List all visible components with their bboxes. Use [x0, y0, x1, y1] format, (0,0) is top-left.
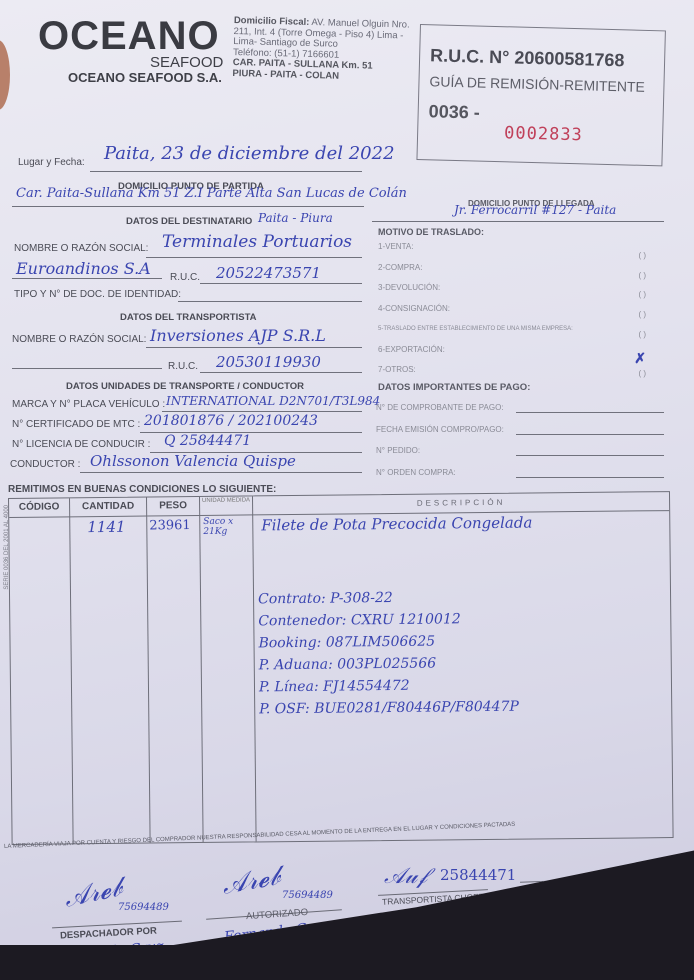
llegada-value[interactable]: Jr. Ferrocarril #127 - Paita	[454, 203, 616, 217]
pago-field-label: N° DE COMPROBANTE DE PAGO:	[376, 403, 504, 412]
mtc-label: N° CERTIFICADO DE MTC :	[12, 419, 140, 430]
lugar-fecha-line	[90, 171, 362, 172]
col-divider	[252, 514, 256, 841]
unidad-section-title: DATOS UNIDADES DE TRANSPORTE / CONDUCTOR	[66, 381, 304, 392]
motivo-option[interactable]: 5-TRASLADO ENTRE ESTABLECIMIENTO DE UNA …	[378, 319, 668, 340]
autorizado-label: AUTORIZADO	[246, 907, 309, 922]
description-notes: Contrato: P-308-22Contenedor: CXRU 12100…	[258, 584, 669, 720]
destinatario-razon-value-2[interactable]: Euroandinos S.A	[16, 259, 151, 278]
checkbox[interactable]: ( )	[638, 369, 646, 378]
transportista-razon-value[interactable]: Inversiones AJP S.R.L	[150, 326, 326, 345]
transportista-num: 25844471	[440, 866, 516, 884]
destinatario-razon-value-1[interactable]: Terminales Portuarios	[162, 232, 352, 252]
table-row[interactable]: 1141 23961 Saco x 21Kg Filete de Pota Pr…	[9, 512, 669, 549]
licencia-label: N° LICENCIA DE CONDUCIR :	[12, 439, 150, 450]
document-number: 0002833	[504, 123, 583, 145]
transportista-ruc-label: R.U.C.	[168, 361, 198, 372]
pago-fields: N° DE COMPROBANTE DE PAGO:FECHA EMISIÓN …	[376, 400, 666, 486]
destinatario-ruc-label: R.U.C.	[170, 272, 200, 283]
autorizado-num: 75694489	[282, 890, 333, 901]
pago-field-line	[516, 455, 664, 456]
transportista-signature: 𝒜𝓊𝒻	[384, 864, 427, 889]
motivo-option[interactable]: 3-DEVOLUCIÓN:( )	[378, 278, 668, 299]
transportista-ruc-line	[200, 372, 362, 373]
conductor-line	[80, 472, 362, 473]
motivo-option-label: 6-EXPORTACIÓN:	[378, 345, 445, 354]
autorizado-name: Fernando Cruz	[223, 919, 330, 946]
motivo-option-label: 5-TRASLADO ENTRE ESTABLECIMIENTO DE UNA …	[378, 326, 573, 332]
motivo-options: 1-VENTA:( )2-COMPRA:( )3-DEVOLUCIÓN:( )4…	[378, 237, 668, 381]
thumb-in-photo	[0, 40, 10, 110]
items-title: REMITIMOS EN BUENAS CONDICIONES LO SIGUI…	[8, 484, 276, 495]
pago-field[interactable]: N° DE COMPROBANTE DE PAGO:	[376, 400, 666, 422]
pago-field[interactable]: N° ORDEN COMPRA:	[376, 465, 666, 487]
ruc-box: R.U.C. N° 20600581768 GUÍA DE REMISIÓN-R…	[416, 24, 665, 166]
pago-title: DATOS IMPORTANTES DE PAGO:	[378, 382, 530, 393]
motivo-option[interactable]: 4-CONSIGNACIÓN:( )	[378, 299, 668, 320]
pago-field[interactable]: N° PEDIDO:	[376, 443, 666, 465]
checkbox[interactable]: ( )	[638, 330, 646, 339]
motivo-option-label: 4-CONSIGNACIÓN:	[378, 304, 450, 313]
partida-value-2[interactable]: Paita - Piura	[258, 211, 333, 225]
llegada-line	[372, 221, 664, 222]
col-divider	[146, 516, 150, 843]
motivo-traslado-section: MOTIVO DE TRASLADO: 1-VENTA:( )2-COMPRA:…	[378, 227, 668, 381]
document-type: GUÍA DE REMISIÓN-REMITENTE	[429, 73, 645, 95]
destinatario-razon-line-1	[146, 257, 362, 258]
transportista-razon-label: NOMBRE O RAZÓN SOCIAL:	[12, 334, 146, 345]
logo-subtitle: SEAFOOD	[150, 54, 223, 71]
checkbox[interactable]: ( )	[638, 310, 646, 319]
partida-line	[12, 206, 364, 207]
autorizado-signature: 𝒜𝓇𝓮𝒷	[220, 861, 283, 902]
pago-field[interactable]: FECHA EMISIÓN COMPRO/PAGO:	[376, 422, 666, 444]
document-series: 0036 -	[428, 101, 480, 123]
despachador-num: 75694489	[118, 902, 169, 913]
col-header-cantidad: CANTIDAD	[70, 498, 147, 518]
motivo-option[interactable]: 7-OTROS:( )	[378, 360, 668, 381]
cell-descripcion: Filete de Pota Precocida Congelada	[261, 514, 532, 535]
guia-remision-document: OCEANO SEAFOOD OCEANO SEAFOOD S.A. Domic…	[0, 0, 694, 945]
destinatario-doc-label: TIPO Y N° DE DOC. DE IDENTIDAD:	[14, 289, 181, 300]
fiscal-address-block: Domicilio Fiscal: AV. Manuel Olguin Nro.…	[232, 16, 412, 84]
motivo-option[interactable]: 2-COMPRA:( )	[378, 258, 668, 279]
conductor-label: CONDUCTOR :	[10, 459, 80, 470]
transportista-razon-line	[146, 347, 362, 348]
placa-value[interactable]: INTERNATIONAL D2N701/T3L984	[166, 394, 380, 408]
transportista-extra-line	[12, 368, 162, 369]
col-divider	[69, 516, 73, 843]
company-name: OCEANO SEAFOOD S.A.	[68, 70, 222, 85]
destinatario-section-title: DATOS DEL DESTINATARIO	[126, 216, 252, 227]
motivo-option-label: 1-VENTA:	[378, 242, 413, 251]
despachador-signature: 𝒜𝓇𝓮𝒷	[61, 872, 124, 914]
motivo-option-label: 2-COMPRA:	[378, 263, 422, 272]
cell-cantidad: 1141	[87, 518, 125, 536]
pago-field-line	[516, 412, 664, 413]
motivo-option[interactable]: 6-EXPORTACIÓN:✗	[378, 340, 668, 361]
pago-field-label: N° ORDEN COMPRA:	[376, 468, 456, 477]
motivo-option[interactable]: 1-VENTA:( )	[378, 237, 668, 258]
partida-value[interactable]: Car. Paita-Sullana Km 51 Z.I Parte Alta …	[16, 186, 407, 201]
items-table: CÓDIGO CANTIDAD PESO UNIDAD MEDIDA DESCR…	[8, 491, 674, 845]
conductor-value[interactable]: Ohlssonon Valencia Quispe	[90, 452, 296, 470]
col-divider	[199, 515, 203, 842]
motivo-option-label: 3-DEVOLUCIÓN:	[378, 283, 440, 292]
destinatario-doc-line[interactable]	[178, 301, 362, 302]
branch-line-2: PIURA - PAITA - COLAN	[232, 67, 339, 81]
pago-field-line	[516, 434, 664, 435]
lugar-fecha-value[interactable]: Paita, 23 de diciembre del 2022	[104, 143, 395, 164]
motivo-option-label: 7-OTROS:	[378, 365, 416, 374]
placa-line	[162, 411, 362, 412]
destinatario-razon-label: NOMBRE O RAZÓN SOCIAL:	[14, 243, 148, 254]
despachador-label: DESPACHADOR POR	[60, 925, 157, 941]
destinatario-ruc-value[interactable]: 20522473571	[216, 264, 321, 282]
lugar-fecha-label: Lugar y Fecha:	[18, 157, 85, 168]
transportista-section-title: DATOS DEL TRANSPORTISTA	[120, 312, 257, 323]
destinatario-sign-label: DESTINATARIO	[610, 876, 666, 888]
cell-peso: 23961	[149, 518, 191, 533]
pago-field-line	[516, 477, 664, 478]
recepcion-label: RECEPCIÓN	[548, 881, 593, 892]
ruc-number: R.U.C. N° 20600581768	[430, 45, 625, 71]
destinatario-razon-line-2	[12, 278, 162, 279]
pago-field-label: FECHA EMISIÓN COMPRO/PAGO:	[376, 425, 504, 434]
licencia-value[interactable]: Q 25844471	[164, 433, 251, 449]
motivo-title: MOTIVO DE TRASLADO:	[378, 227, 668, 237]
description-note: P. OSF: BUE0281/F80446P/F80447P	[259, 694, 669, 720]
col-header-peso: PESO	[147, 497, 200, 517]
recepcion-line	[520, 878, 620, 882]
pago-field-label: N° PEDIDO:	[376, 446, 420, 455]
col-header-codigo: CÓDIGO	[9, 498, 70, 518]
company-logo: OCEANO	[38, 14, 220, 59]
despachador-name: Fernando Cruz	[57, 939, 164, 966]
destinatario-ruc-line	[200, 283, 362, 284]
cell-unidad: Saco x 21Kg	[203, 516, 249, 536]
col-header-unidad: UNIDAD MEDIDA	[200, 496, 253, 516]
mtc-value[interactable]: 201801876 / 202100243	[144, 413, 318, 429]
placa-label: MARCA Y N° PLACA VEHÍCULO :	[12, 399, 165, 410]
transportista-ruc-value[interactable]: 20530119930	[216, 353, 321, 371]
